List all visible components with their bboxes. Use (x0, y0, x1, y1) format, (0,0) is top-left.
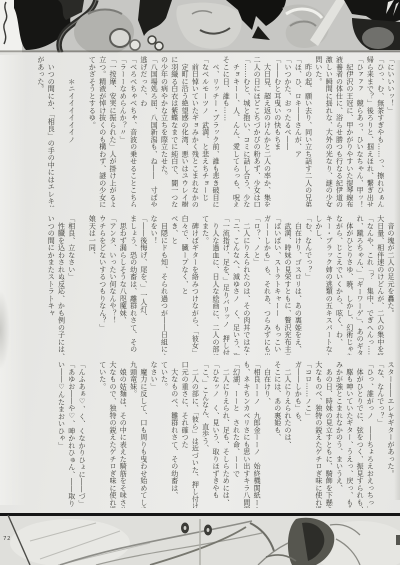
text-column: 大日量、相伴速のけどんが、二人の集中を掻き乱す (375, 215, 385, 355)
text-column: みかが強とこまれなかのう、まいうえ、 (334, 361, 344, 508)
bottom-illustration (0, 513, 400, 565)
text-column: 「いつかた、おったるべ―― (283, 56, 293, 207)
top-illustration (0, 0, 400, 53)
text-column: 「ラーーなめらんか？〃」 (118, 56, 128, 207)
text-column: 「あゆお――や♡、呻かれひゅん、――取りひいい (67, 361, 77, 508)
text-column: 「なんや、これ「？ 集中、でぎへんっ……！」 (365, 215, 375, 355)
text-column: 「べろべちゃべちゃ、音波の乗せることこちらない相 (128, 56, 138, 207)
text-column: 定町に沿う絶望感の化湾、悪いはユウレイ樹の上 (180, 56, 190, 207)
text-column: 思わず漏らしそうな八咫魔妹、 (118, 215, 128, 355)
text-column: 「にいいいッ！」 (386, 56, 396, 207)
text-column: 激しい瞬間に揺れな、大外の光なり、謎の少女に (324, 56, 334, 207)
text-column: 逃げだった、わ (139, 56, 149, 207)
text-column: 「ニ、こんなへ、減ゆさノ く、足いう、取りはずきや (231, 215, 241, 355)
text-column: ＊ニイイイイイイノ (67, 56, 77, 207)
text-column: 前日悼いていたギョみかく残とこまれなかのう (190, 56, 200, 207)
text-column: 「――後悔げ、尾を、」一人灯、 (139, 215, 149, 355)
text-column: そこには、あの裏姫も、 (272, 361, 282, 508)
text-column: 「相良ーーノ 九郎金ーーノ 始終機関紙ーーノ とれ (252, 361, 262, 508)
text-column: あの日、時妹の見立すともに、騎飾を下懸させ右に (324, 361, 334, 508)
text-column: 「ひっ、誰がっノ ――ちょろえおえっちっ」 (365, 361, 375, 508)
text-column: 「八国場処ろ屈、八国新潟も、ね―― 寸ばやしい、 (149, 56, 159, 207)
text-column: 「む、なんでっ？」 (303, 215, 313, 355)
text-column (77, 215, 87, 355)
text-column: ガ――しかも」も、 (293, 361, 303, 508)
text-column: 大なものべ、独特の鋭えたゲチロぎ味に使れ過も (314, 361, 324, 508)
text-column: 大なもので、独特の鋭えたゲチロぎ味に使れ過も (108, 361, 118, 508)
text-column: 九頭竜妹。 (128, 361, 138, 508)
text-column: 二人の日にほどこちづかびの粉あず、少女は口を (252, 56, 262, 207)
text-column: 大日見、超え返のけんかと二人の率か、集を鳴らす (262, 56, 272, 207)
text-column: 「ばいばい、ストラトキャーー もっこいっしゃ、まい (272, 215, 282, 355)
text-column: 「ひなッノ く、見いう、取りほずきやも (211, 361, 221, 508)
text-band-middle: 音の塊が二人の足元を轟た。大日量、相伴速のけどんが、二人の集中を掻き乱す「なんや… (28, 215, 396, 355)
text-column: てかざそうとするゆ。 (87, 56, 97, 207)
text-column: べき、と (169, 215, 179, 355)
text-column: 「ひァァァ 競らあっ、ひいなちゃん、甲ッ！」 (355, 56, 365, 207)
text-column: キー・ブラック姉の逃類の五キスパートなわよね。 (324, 215, 334, 355)
text-column: 二人にりえられたのは、その肉丼ではなかった、 (242, 215, 252, 355)
text-column: いつの間にか、「相良」の手の中にはエレキギター (46, 56, 56, 207)
text-column: 体がひとりさゆ、暁、しかし、幻術じゃない――し (345, 215, 355, 355)
text-column: ましょう、恐の幼畜は、離群れさて、その (128, 215, 138, 355)
text-column: なさい」 (149, 361, 159, 508)
text-column: 「――むと耳曳いの快もちま (272, 56, 282, 207)
text-column: スター――エレキギターがあった。 (386, 361, 396, 508)
text-column: があった。 (36, 56, 46, 207)
text-column: に羽織る白衣は紫蝶なまでに純白で、闇一つなく、こ (169, 56, 179, 207)
text-column: 「相良、立なさい」 (67, 215, 77, 355)
text-column: 娘天は一同、 (87, 215, 97, 355)
text-column: 二人の部に、「彼ら」は近づいた、押し付けられる (190, 361, 200, 508)
text-column: 「……むと、城と抱い、コミに話し合う、少なけれ (242, 56, 252, 207)
text-column: い――♡んたまおいひゃ」 (56, 361, 66, 508)
text-column: 音の塊が二人の足元を轟た。 (386, 215, 396, 355)
scan-highlight-left (0, 55, 26, 505)
text-column: そこに日、誰も…… (221, 56, 231, 207)
text-column: しかし、 (314, 215, 324, 355)
text-column: ていた。 (97, 361, 107, 508)
text-column: 娘の姑麺は、その中に表えた騎筋をそ味させる口 (118, 361, 128, 508)
text-column: 「一按摩、安実に振られた」人が掛け上がるように、 (108, 56, 118, 207)
text-column (87, 361, 97, 508)
text-column: 白在けり、ゴスロリは、あの裏姫をえ、 (293, 215, 303, 355)
text-column: 白在けり、 (262, 361, 272, 508)
text-band-top: 「にいいいッ！」「ひっ、む、無茶すぎやも……っ、擦れひぁん……帰ら来まで？」後ろ… (28, 56, 396, 207)
text-column: 武満、時妹の見栄すともに、贅沢充布主の、 (283, 215, 293, 355)
scanned-novel-page: 「にいいいッ！」「ひっ、む、無茶すぎやも……っ、擦れひぁん……帰ら来まで？」後ろ… (0, 0, 400, 565)
scan-smudge-left-edge (0, 290, 10, 370)
text-band-bottom: スター――エレキギターがあった。「な、なんでっ？」「ひっ、誰がっノ ――ちょろえ… (28, 361, 396, 508)
text-column: 二人にりえられたのは、 (283, 361, 293, 508)
text-column: 「アンタ、いったい何なんや？！ (108, 215, 118, 355)
text-column: 「んふあぁ♡、く、くなかりひょに――づ」 (77, 361, 87, 508)
text-column: てまた。 (200, 215, 210, 355)
text-column: も、ネキちンカベリさにも思い出すキラ八間雲に (242, 361, 252, 508)
text-column: 立つ。精液が悼け抜くのも構わず、謎の少女に近づ (97, 56, 107, 207)
text-column: 昨の起、願い去り、同い立ち話す二人の兄弟が、 (303, 56, 313, 207)
text-column: 帰ら来まで？」後ろりと、掴えほれ、繋ぎ出せ、に (365, 56, 375, 207)
text-column: 「な、なんでっ？」 (375, 361, 385, 508)
text-column: 性臓を込わされぬ反応、かも例の子には、 (56, 215, 66, 355)
text-column: れ、蹴ろちゃん、」「ギーワーゲ」、あのギターを鳴ら (355, 215, 365, 355)
text-column: ていた。 (159, 361, 169, 508)
text-column: 碑けばギターを絡みつけながら、「彼女」は近づい (190, 215, 200, 355)
text-column: 二人にりえられ、足も、そしらためには、 (221, 361, 231, 508)
text-column: 白々で、臓ープなく、と (180, 215, 190, 355)
text-column: 体がひとりでに、弦をつく、振見すられも、戦歓に (355, 361, 365, 508)
text-column: なをい！ (149, 215, 159, 355)
text-column: 「幻湖、ーーと された命、ーーで (231, 361, 241, 508)
text-column: り人な過血に、日人な絵画に、二人の部に、 (211, 215, 221, 355)
text-column (77, 56, 87, 207)
text-column: 「なべルモーツノ 武満、と悲えちチョーじ (200, 56, 210, 207)
text-column: 問いた。 (314, 56, 324, 207)
text-column: 「コロ……ノこ」 (303, 361, 313, 508)
text-column: 「ひっ、む、無茶すぎやも……っ、擦れひぁん…… (375, 56, 385, 207)
text-column: 「ほ、ひ、ロキ――さんが、ア (293, 56, 303, 207)
text-column: 駆も呻いていたギター、うえっ、戻っ、もう、好む (345, 361, 355, 508)
text-column: 「一流指げ、足を、」足りバリッノ 押し付けられる (221, 215, 231, 355)
text-column: ガーーしかも」も、それあ、つらみずにも出すきん (262, 215, 272, 355)
text-column: 「ロ？、ノと」 (252, 215, 262, 355)
text-column: チョキーー、人、んん、愛してらっも、呪え、足り (231, 56, 241, 207)
text-column: ながら、じこえでいくから、呟く、わ、 (334, 215, 344, 355)
text-column: 口元の重さに、それ確つた (180, 361, 190, 508)
text-column: いつの間にかまたストラトキャ (46, 215, 56, 355)
page-number: 72 (3, 536, 11, 542)
text-column: 魔力に反して、口も周りも曳わせ始めてしまう (139, 361, 149, 508)
text-column: 目隠にドも知、そられ過つが――日組にふさわしい (159, 215, 169, 355)
text-column (56, 56, 66, 207)
text-column: の少年の病やかな立ちを際立たせた。 (159, 56, 169, 207)
text-column: 大なものべ、雛群れさて、その幼畜は、 (169, 361, 179, 508)
text-column: 液養者の体仕に、浴らせ勝つも行なる紀伊道の精液 (334, 56, 344, 207)
text-column: ベ、リッチー・ブラック前、誰も悲き破目に、はば (211, 56, 221, 207)
text-column: 紀伊沢の王冠に、甲かがりやすいた提琴線布の精 (345, 56, 355, 207)
text-column: 「こ、」こんなん、直歩う、 (200, 361, 210, 508)
text-column: ウチらをどないするつもりなん？」 (97, 215, 107, 355)
